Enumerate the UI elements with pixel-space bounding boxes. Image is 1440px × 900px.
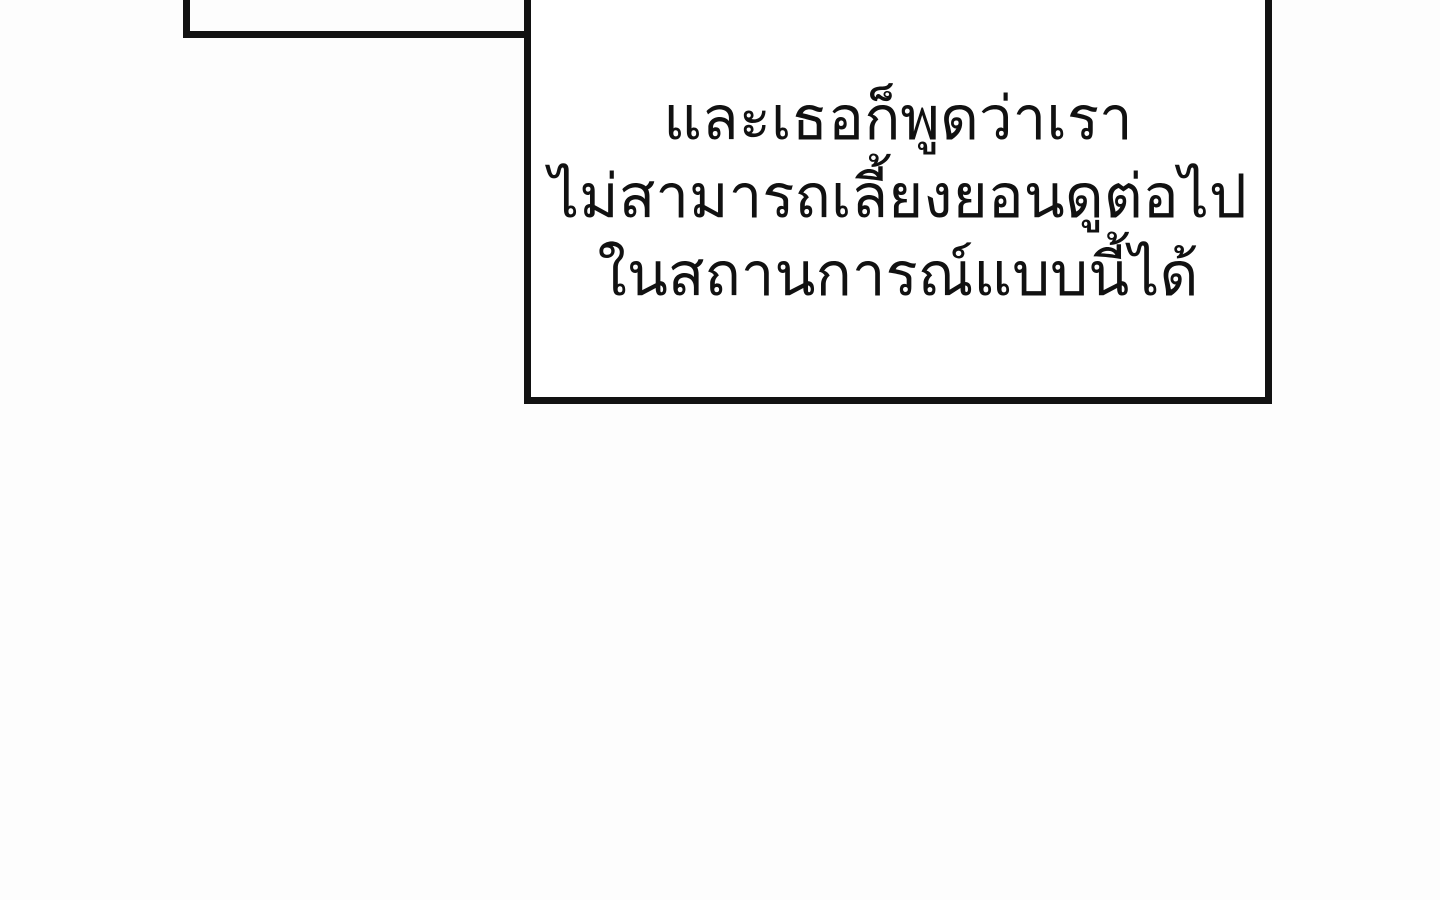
previous-panel-border-corner [183, 0, 531, 38]
speech-text-line: ไม่สามารถเลี้ยงยอนดูต่อไป [549, 158, 1247, 236]
comic-page: และเธอก็พูดว่าเรา ไม่สามารถเลี้ยงยอนดูต่… [0, 0, 1440, 900]
speech-text-line: และเธอก็พูดว่าเรา [663, 80, 1132, 158]
speech-bubble: และเธอก็พูดว่าเรา ไม่สามารถเลี้ยงยอนดูต่… [524, 0, 1272, 404]
speech-text-line: ในสถานการณ์แบบนี้ได้ [598, 236, 1199, 314]
